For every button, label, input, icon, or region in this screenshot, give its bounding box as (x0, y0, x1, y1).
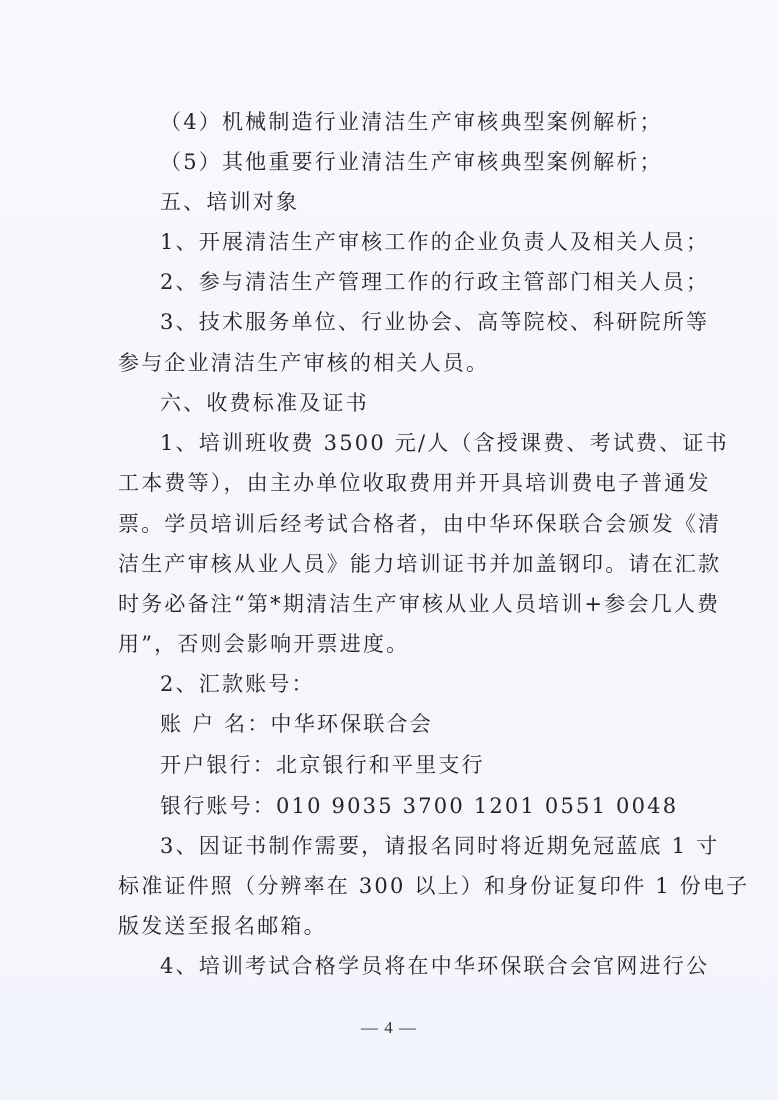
photo-requirement-line-2: 标准证件照（分辨率在 300 以上）和身份证复印件 1 份电子 (118, 870, 663, 902)
section-heading-training-targets: 五、培训对象 (160, 186, 663, 218)
publication-line-1: 4、培训考试合格学员将在中华环保联合会官网进行公 (160, 950, 663, 982)
photo-requirement-line-1: 3、因证书制作需要，请报名同时将近期免冠蓝底 1 寸 (160, 830, 663, 862)
target-item-3-continued: 参与企业清洁生产审核的相关人员。 (118, 347, 663, 379)
photo-requirement-line-3: 版发送至报名邮箱。 (118, 910, 663, 942)
bank-account-number: 银行账号：010 9035 3700 1201 0551 0048 (160, 790, 663, 822)
fee-paragraph-line-6: 用”，否则会影响开票进度。 (118, 628, 663, 660)
fee-paragraph-line-1: 1、培训班收费 3500 元/人（含授课费、考试费、证书 (160, 427, 663, 459)
target-item-1: 1、开展清洁生产审核工作的企业负责人及相关人员； (160, 226, 663, 258)
remittance-heading: 2、汇款账号： (160, 668, 663, 700)
document-page: （4）机械制造行业清洁生产审核典型案例解析； （5）其他重要行业清洁生产审核典型… (0, 0, 778, 1100)
fee-paragraph-line-2: 工本费等），由主办单位收取费用并开具培训费电子普通发 (118, 467, 663, 499)
account-name: 账 户 名：中华环保联合会 (160, 708, 663, 740)
target-item-2: 2、参与清洁生产管理工作的行政主管部门相关人员； (160, 266, 663, 298)
list-item-case-4: （4）机械制造行业清洁生产审核典型案例解析； (160, 106, 663, 138)
list-item-case-5: （5）其他重要行业清洁生产审核典型案例解析； (160, 146, 663, 178)
fee-paragraph-line-4: 洁生产审核从业人员》能力培训证书并加盖钢印。请在汇款 (118, 548, 663, 580)
page-number: — 4 — (0, 1018, 778, 1038)
bank-name: 开户银行：北京银行和平里支行 (160, 749, 663, 781)
fee-paragraph-line-3: 票。学员培训后经考试合格者，由中华环保联合会颁发《清 (118, 508, 663, 540)
fee-paragraph-line-5: 时务必备注“第*期清洁生产审核从业人员培训+参会几人费 (118, 588, 663, 620)
target-item-3: 3、技术服务单位、行业协会、高等院校、科研院所等 (160, 306, 663, 338)
section-heading-fees-certificate: 六、收费标准及证书 (160, 387, 663, 419)
